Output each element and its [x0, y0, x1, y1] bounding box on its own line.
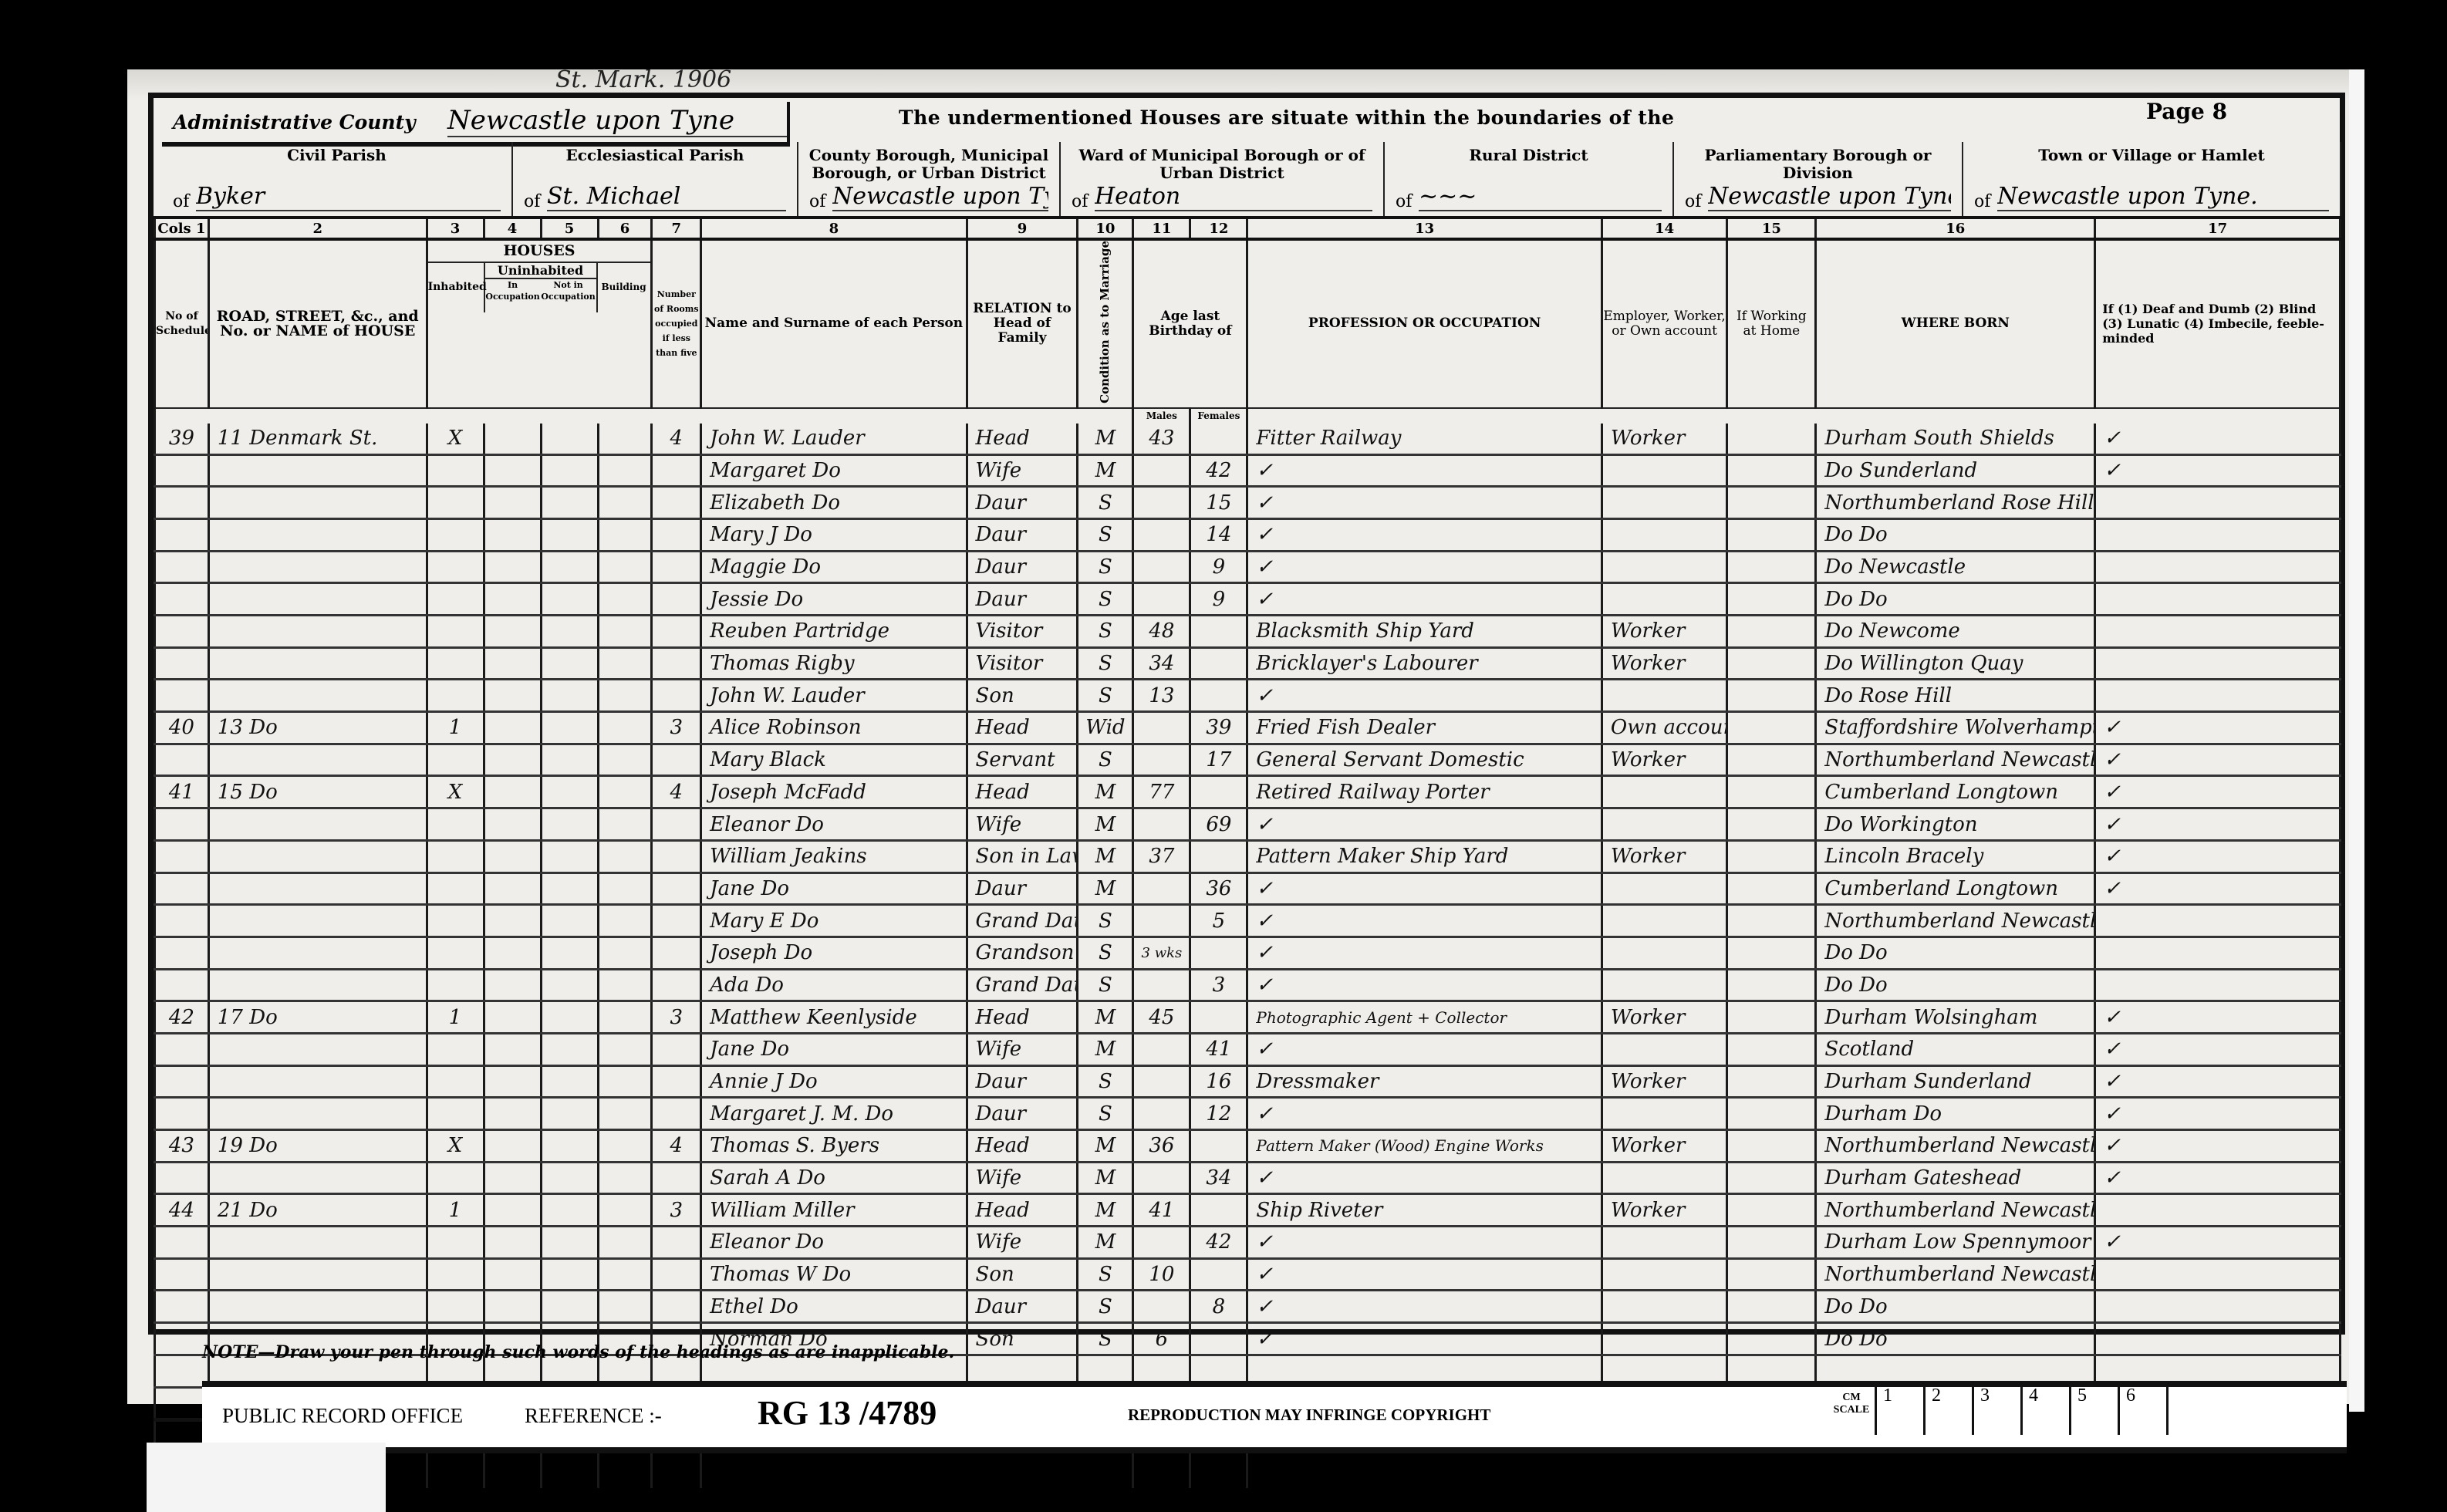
condition-cell: S — [1078, 1258, 1133, 1291]
not-in-occupation-cell — [541, 808, 598, 841]
in-occupation-cell — [484, 1033, 541, 1065]
at-home-cell — [1727, 905, 1816, 937]
table-row: Jane DoDaurM36✓Cumberland Longtown✓ — [155, 872, 2341, 905]
location-label: Ward of Municipal Borough or of Urban Di… — [1061, 142, 1383, 182]
building-cell — [598, 872, 652, 905]
infirmity-cell — [2095, 647, 2341, 680]
name-cell: Thomas Rigby — [701, 647, 967, 680]
location-label: Rural District — [1385, 142, 1672, 164]
header-occupation: PROFESSION OR OCCUPATION — [1247, 239, 1602, 408]
column-number: 7 — [652, 218, 701, 239]
employer-cell: Worker — [1602, 616, 1726, 648]
reference-value: RG 13 /4789 — [758, 1393, 937, 1433]
condition-cell: M — [1078, 1001, 1133, 1034]
male-age-cell: 3 wks — [1133, 937, 1190, 969]
column-number: 9 — [967, 218, 1078, 239]
inhabited-cell — [427, 647, 484, 680]
infirmity-cell: ✓ — [2095, 1065, 2341, 1098]
occupation-cell: ✓ — [1247, 1162, 1602, 1194]
schedule-cell: 44 — [155, 1194, 209, 1227]
birthplace-cell: Do Newcome — [1816, 616, 2095, 648]
in-occupation-cell — [484, 808, 541, 841]
condition-cell: Wid — [1078, 712, 1133, 744]
relation-cell: Servant — [967, 744, 1078, 776]
column-number: 8 — [701, 218, 967, 239]
name-cell: Eleanor Do — [701, 808, 967, 841]
at-home-cell — [1727, 712, 1816, 744]
birthplace-cell: Northumberland Newcastle — [1816, 1258, 2095, 1291]
table-row: Thomas W DoSonS10✓Northumberland Newcast… — [155, 1258, 2341, 1291]
occupation-cell: ✓ — [1247, 969, 1602, 1001]
rooms-cell: 3 — [652, 1194, 701, 1227]
birthplace-cell: Durham Sunderland — [1816, 1065, 2095, 1098]
birthplace-cell: Do Do — [1816, 969, 2095, 1001]
birthplace-cell: Do Willington Quay — [1816, 647, 2095, 680]
employer-cell — [1602, 1098, 1726, 1130]
inhabited-cell — [427, 551, 484, 583]
schedule-cell — [155, 1323, 209, 1355]
at-home-cell — [1727, 744, 1816, 776]
infirmity-cell: ✓ — [2095, 1033, 2341, 1065]
column-number: 10 — [1078, 218, 1133, 239]
male-age-cell — [1133, 487, 1190, 519]
male-age-cell: 13 — [1133, 680, 1190, 712]
building-cell — [598, 1130, 652, 1163]
column-number: 14 — [1602, 218, 1726, 239]
relation-cell: Wife — [967, 454, 1078, 487]
not-in-occupation-cell — [541, 1291, 598, 1323]
not-in-occupation-cell — [541, 744, 598, 776]
name-cell: Jane Do — [701, 1033, 967, 1065]
at-home-cell — [1727, 680, 1816, 712]
name-cell: Joseph Do — [701, 937, 967, 969]
in-occupation-cell — [484, 712, 541, 744]
infirmity-cell — [2095, 551, 2341, 583]
employer-cell: Worker — [1602, 1065, 1726, 1098]
road-cell: 19 Do — [208, 1130, 427, 1163]
table-row: 4421 Do13William MillerHeadM41Ship Rivet… — [155, 1194, 2341, 1227]
birthplace-cell: Cumberland Longtown — [1816, 776, 2095, 808]
in-occupation-cell — [484, 1162, 541, 1194]
building-cell — [598, 680, 652, 712]
condition-cell: S — [1078, 487, 1133, 519]
schedule-cell — [155, 1098, 209, 1130]
building-cell — [598, 647, 652, 680]
male-age-cell — [1133, 1098, 1190, 1130]
header-at-home: If Working at Home — [1727, 239, 1816, 408]
rooms-cell — [652, 487, 701, 519]
in-occupation-cell — [484, 616, 541, 648]
employer-cell — [1602, 905, 1726, 937]
in-occupation-cell — [484, 424, 541, 454]
male-age-cell — [1133, 712, 1190, 744]
rooms-cell — [652, 937, 701, 969]
relation-cell: Daur — [967, 487, 1078, 519]
in-occupation-cell — [484, 1194, 541, 1227]
building-cell — [598, 1098, 652, 1130]
scale-mark: 6 — [2118, 1381, 2166, 1435]
header-females: Females — [1190, 408, 1247, 424]
occupation-cell: Dressmaker — [1247, 1065, 1602, 1098]
scale-mark: 4 — [2020, 1381, 2069, 1435]
female-age-cell — [1190, 424, 1247, 454]
road-cell — [208, 1258, 427, 1291]
column-numbers: Cols 1234567891011121314151617 — [155, 218, 2341, 239]
in-occupation-cell — [484, 937, 541, 969]
table-row: Mary E DoGrand DaurS5✓Northumberland New… — [155, 905, 2341, 937]
building-cell — [598, 1162, 652, 1194]
table-row: Jessie DoDaurS9✓Do Do — [155, 583, 2341, 616]
in-occupation-cell — [484, 1065, 541, 1098]
birthplace-cell: Do Do — [1816, 583, 2095, 616]
relation-cell: Daur — [967, 518, 1078, 551]
schedule-cell: 40 — [155, 712, 209, 744]
infirmity-cell: ✓ — [2095, 1001, 2341, 1034]
name-cell: Annie J Do — [701, 1065, 967, 1098]
scale-end — [2166, 1381, 2215, 1435]
relation-cell: Daur — [967, 551, 1078, 583]
pen-annotation: St. Mark. 1906 — [555, 66, 731, 93]
infirmity-cell: ✓ — [2095, 1098, 2341, 1130]
name-cell: John W. Lauder — [701, 424, 967, 454]
relation-cell: Wife — [967, 1162, 1078, 1194]
schedule-cell — [155, 1065, 209, 1098]
at-home-cell — [1727, 872, 1816, 905]
condition-cell: S — [1078, 551, 1133, 583]
employer-cell — [1602, 680, 1726, 712]
male-age-cell: 43 — [1133, 424, 1190, 454]
name-cell: Margaret J. M. Do — [701, 1098, 967, 1130]
condition-cell: M — [1078, 1227, 1133, 1259]
male-age-cell: 48 — [1133, 616, 1190, 648]
female-age-cell: 42 — [1190, 1227, 1247, 1259]
occupation-cell: ✓ — [1247, 680, 1602, 712]
male-age-cell: 34 — [1133, 647, 1190, 680]
column-number: 3 — [427, 218, 484, 239]
name-cell: William Miller — [701, 1194, 967, 1227]
inhabited-cell — [427, 518, 484, 551]
in-occupation-cell — [484, 518, 541, 551]
male-age-cell — [1133, 1033, 1190, 1065]
at-home-cell — [1727, 840, 1816, 872]
at-home-cell — [1727, 487, 1816, 519]
rooms-cell — [652, 969, 701, 1001]
birthplace-cell: Do Do — [1816, 937, 2095, 969]
name-cell: Jane Do — [701, 872, 967, 905]
form-note: NOTE—Draw your pen through such words of… — [202, 1342, 954, 1362]
road-cell — [208, 518, 427, 551]
condition-cell: S — [1078, 518, 1133, 551]
condition-cell: M — [1078, 808, 1133, 841]
rooms-cell: 3 — [652, 1001, 701, 1034]
occupation-cell: ✓ — [1247, 1323, 1602, 1355]
not-in-occupation-cell — [541, 776, 598, 808]
employer-cell — [1602, 454, 1726, 487]
condition-cell: M — [1078, 454, 1133, 487]
table-row: John W. LauderSonS13✓Do Rose Hill — [155, 680, 2341, 712]
female-age-cell: 15 — [1190, 487, 1247, 519]
rooms-cell: 4 — [652, 1130, 701, 1163]
not-in-occupation-cell — [541, 551, 598, 583]
scale-mark: 5 — [2069, 1381, 2118, 1435]
header-condition: Condition as to Marriage — [1078, 239, 1133, 408]
relation-cell: Wife — [967, 1227, 1078, 1259]
inhabited-cell — [427, 1162, 484, 1194]
occupation-cell: Retired Railway Porter — [1247, 776, 1602, 808]
building-cell — [598, 744, 652, 776]
female-age-cell: 69 — [1190, 808, 1247, 841]
inhabited-cell: 1 — [427, 712, 484, 744]
occupation-cell: General Servant Domestic — [1247, 744, 1602, 776]
female-age-cell — [1190, 1001, 1247, 1034]
infirmity-cell: ✓ — [2095, 454, 2341, 487]
not-in-occupation-cell — [541, 647, 598, 680]
rooms-cell — [652, 1291, 701, 1323]
at-home-cell — [1727, 1291, 1816, 1323]
birthplace-cell: Do Workington — [1816, 808, 2095, 841]
condition-cell: S — [1078, 937, 1133, 969]
occupation-cell: Fitter Railway — [1247, 424, 1602, 454]
female-age-cell — [1190, 616, 1247, 648]
location-1: Civil ParishofByker — [162, 142, 513, 216]
infirmity-cell: ✓ — [2095, 872, 2341, 905]
schedule-cell — [155, 937, 209, 969]
road-cell — [208, 744, 427, 776]
census-table: Cols 1234567891011121314151617 No of Sch… — [154, 216, 2341, 1488]
header-males: Males — [1133, 408, 1190, 424]
employer-cell — [1602, 872, 1726, 905]
table-row: Sarah A DoWifeM34✓Durham Gateshead✓ — [155, 1162, 2341, 1194]
name-cell: Alice Robinson — [701, 712, 967, 744]
name-cell: John W. Lauder — [701, 680, 967, 712]
infirmity-cell: ✓ — [2095, 712, 2341, 744]
name-cell: Margaret Do — [701, 454, 967, 487]
paper-flap — [147, 1443, 386, 1512]
relation-cell: Visitor — [967, 647, 1078, 680]
relation-cell: Head — [967, 424, 1078, 454]
in-occupation-cell — [484, 840, 541, 872]
inhabited-cell — [427, 1098, 484, 1130]
occupation-cell: Fried Fish Dealer — [1247, 712, 1602, 744]
inhabited-cell — [427, 616, 484, 648]
birthplace-cell: Do Do — [1816, 518, 2095, 551]
not-in-occupation-cell — [541, 424, 598, 454]
name-cell: Mary Black — [701, 744, 967, 776]
relation-cell: Son — [967, 1258, 1078, 1291]
at-home-cell — [1727, 1130, 1816, 1163]
schedule-cell: 41 — [155, 776, 209, 808]
scale-mark: 3 — [1972, 1381, 2020, 1435]
female-age-cell — [1190, 840, 1247, 872]
not-in-occupation-cell — [541, 905, 598, 937]
female-age-cell — [1190, 1130, 1247, 1163]
employer-cell: Worker — [1602, 424, 1726, 454]
schedule-cell — [155, 518, 209, 551]
rooms-cell — [652, 872, 701, 905]
inhabited-cell — [427, 487, 484, 519]
relation-cell: Head — [967, 712, 1078, 744]
in-occupation-cell — [484, 969, 541, 1001]
occupation-cell: Pattern Maker Ship Yard — [1247, 840, 1602, 872]
in-occupation-cell — [484, 680, 541, 712]
employer-cell — [1602, 1162, 1726, 1194]
occupation-cell: ✓ — [1247, 1227, 1602, 1259]
relation-cell: Grand Daur — [967, 969, 1078, 1001]
schedule-cell — [155, 840, 209, 872]
infirmity-cell — [2095, 583, 2341, 616]
in-occupation-cell — [484, 905, 541, 937]
occupation-cell: Ship Riveter — [1247, 1194, 1602, 1227]
at-home-cell — [1727, 616, 1816, 648]
not-in-occupation-cell — [541, 937, 598, 969]
building-cell — [598, 969, 652, 1001]
at-home-cell — [1727, 583, 1816, 616]
birthplace-cell: Do Sunderland — [1816, 454, 2095, 487]
relation-cell: Grandson — [967, 937, 1078, 969]
at-home-cell — [1727, 969, 1816, 1001]
male-age-cell — [1133, 1227, 1190, 1259]
infirmity-cell: ✓ — [2095, 840, 2341, 872]
birthplace-cell: Northumberland Newcastle — [1816, 1130, 2095, 1163]
inhabited-cell — [427, 1258, 484, 1291]
rooms-cell — [652, 680, 701, 712]
in-occupation-cell — [484, 647, 541, 680]
male-age-cell: 37 — [1133, 840, 1190, 872]
header-road: ROAD, STREET, &c., and No. or NAME of HO… — [208, 239, 427, 408]
header-infirmity: If (1) Deaf and Dumb (2) Blind (3) Lunat… — [2095, 239, 2341, 408]
condition-cell: S — [1078, 647, 1133, 680]
location-label: Civil Parish — [162, 142, 511, 164]
table-row: Ethel DoDaurS8✓Do Do — [155, 1291, 2341, 1323]
birthplace-cell: Do Do — [1816, 1323, 2095, 1355]
occupation-cell: ✓ — [1247, 583, 1602, 616]
employer-cell — [1602, 1033, 1726, 1065]
building-cell — [598, 487, 652, 519]
rooms-cell — [652, 1227, 701, 1259]
infirmity-cell — [2095, 487, 2341, 519]
table-row: Mary BlackServantS17General Servant Dome… — [155, 744, 2341, 776]
condition-cell: S — [1078, 1291, 1133, 1323]
name-cell: Sarah A Do — [701, 1162, 967, 1194]
in-occupation-cell — [484, 454, 541, 487]
name-cell: Thomas W Do — [701, 1258, 967, 1291]
female-age-cell: 36 — [1190, 872, 1247, 905]
road-cell — [208, 647, 427, 680]
road-cell — [208, 969, 427, 1001]
relation-cell: Head — [967, 776, 1078, 808]
employer-cell: Own account — [1602, 712, 1726, 744]
rooms-cell — [652, 551, 701, 583]
infirmity-cell — [2095, 518, 2341, 551]
road-cell — [208, 808, 427, 841]
male-age-cell — [1133, 1065, 1190, 1098]
employer-cell: Worker — [1602, 1130, 1726, 1163]
schedule-cell — [155, 1162, 209, 1194]
schedule-cell — [155, 1291, 209, 1323]
relation-cell: Grand Daur — [967, 905, 1078, 937]
at-home-cell — [1727, 1258, 1816, 1291]
relation-cell: Daur — [967, 1098, 1078, 1130]
inhabited-cell — [427, 454, 484, 487]
location-label: Ecclesiastical Parish — [513, 142, 797, 164]
header-uninhabited: Uninhabited — [485, 263, 596, 279]
infirmity-cell: ✓ — [2095, 808, 2341, 841]
not-in-occupation-cell — [541, 1258, 598, 1291]
table-row: 4217 Do13Matthew KeenlysideHeadM45Photog… — [155, 1001, 2341, 1034]
condition-cell: M — [1078, 872, 1133, 905]
column-number: 17 — [2095, 218, 2341, 239]
road-cell — [208, 905, 427, 937]
schedule-cell — [155, 616, 209, 648]
schedule-cell — [155, 905, 209, 937]
infirmity-cell: ✓ — [2095, 1227, 2341, 1259]
at-home-cell — [1727, 647, 1816, 680]
birthplace-cell: Cumberland Longtown — [1816, 872, 2095, 905]
column-number: 2 — [208, 218, 427, 239]
infirmity-cell: ✓ — [2095, 1162, 2341, 1194]
schedule-cell — [155, 1258, 209, 1291]
occupation-cell: ✓ — [1247, 1098, 1602, 1130]
building-cell — [598, 905, 652, 937]
scale-mark: 2 — [1923, 1381, 1972, 1435]
condition-cell: S — [1078, 969, 1133, 1001]
condition-cell: M — [1078, 776, 1133, 808]
header-not-in-occupation: Not in Occupation — [541, 279, 596, 302]
schedule-cell — [155, 487, 209, 519]
relation-cell: Son — [967, 1323, 1078, 1355]
column-number: 16 — [1816, 218, 2095, 239]
table-row: Annie J DoDaurS16DressmakerWorkerDurham … — [155, 1065, 2341, 1098]
infirmity-cell: ✓ — [2095, 424, 2341, 454]
header-building: Building — [598, 263, 650, 312]
in-occupation-cell — [484, 872, 541, 905]
infirmity-cell: ✓ — [2095, 744, 2341, 776]
schedule-cell — [155, 454, 209, 487]
road-cell — [208, 1162, 427, 1194]
not-in-occupation-cell — [541, 1065, 598, 1098]
male-age-cell — [1133, 454, 1190, 487]
not-in-occupation-cell — [541, 1001, 598, 1034]
road-cell — [208, 1098, 427, 1130]
age-subheaders: Males Females — [155, 408, 2341, 424]
condition-cell: M — [1078, 1162, 1133, 1194]
name-cell: Reuben Partridge — [701, 616, 967, 648]
inhabited-cell: 1 — [427, 1001, 484, 1034]
header-relation: RELATION to Head of Family — [967, 239, 1078, 408]
not-in-occupation-cell — [541, 616, 598, 648]
column-number: 11 — [1133, 218, 1190, 239]
birthplace-cell: Durham Low Spennymoor — [1816, 1227, 2095, 1259]
schedule-cell — [155, 1227, 209, 1259]
occupation-cell: Blacksmith Ship Yard — [1247, 616, 1602, 648]
administrative-county: Administrative County Newcastle upon Tyn… — [162, 102, 790, 147]
table-row: Jane DoWifeM41✓Scotland✓ — [155, 1033, 2341, 1065]
inhabited-cell — [427, 872, 484, 905]
occupation-cell: Bricklayer's Labourer — [1247, 647, 1602, 680]
schedule-cell — [155, 647, 209, 680]
employer-cell — [1602, 583, 1726, 616]
female-age-cell — [1190, 1194, 1247, 1227]
inhabited-cell — [427, 744, 484, 776]
not-in-occupation-cell — [541, 840, 598, 872]
admin-county-value: Newcastle upon Tyne — [447, 105, 787, 137]
female-age-cell: 42 — [1190, 454, 1247, 487]
occupation-cell: ✓ — [1247, 1258, 1602, 1291]
male-age-cell: 45 — [1133, 1001, 1190, 1034]
rooms-cell — [652, 583, 701, 616]
page-label: Page — [2146, 99, 2205, 124]
relation-cell: Daur — [967, 872, 1078, 905]
